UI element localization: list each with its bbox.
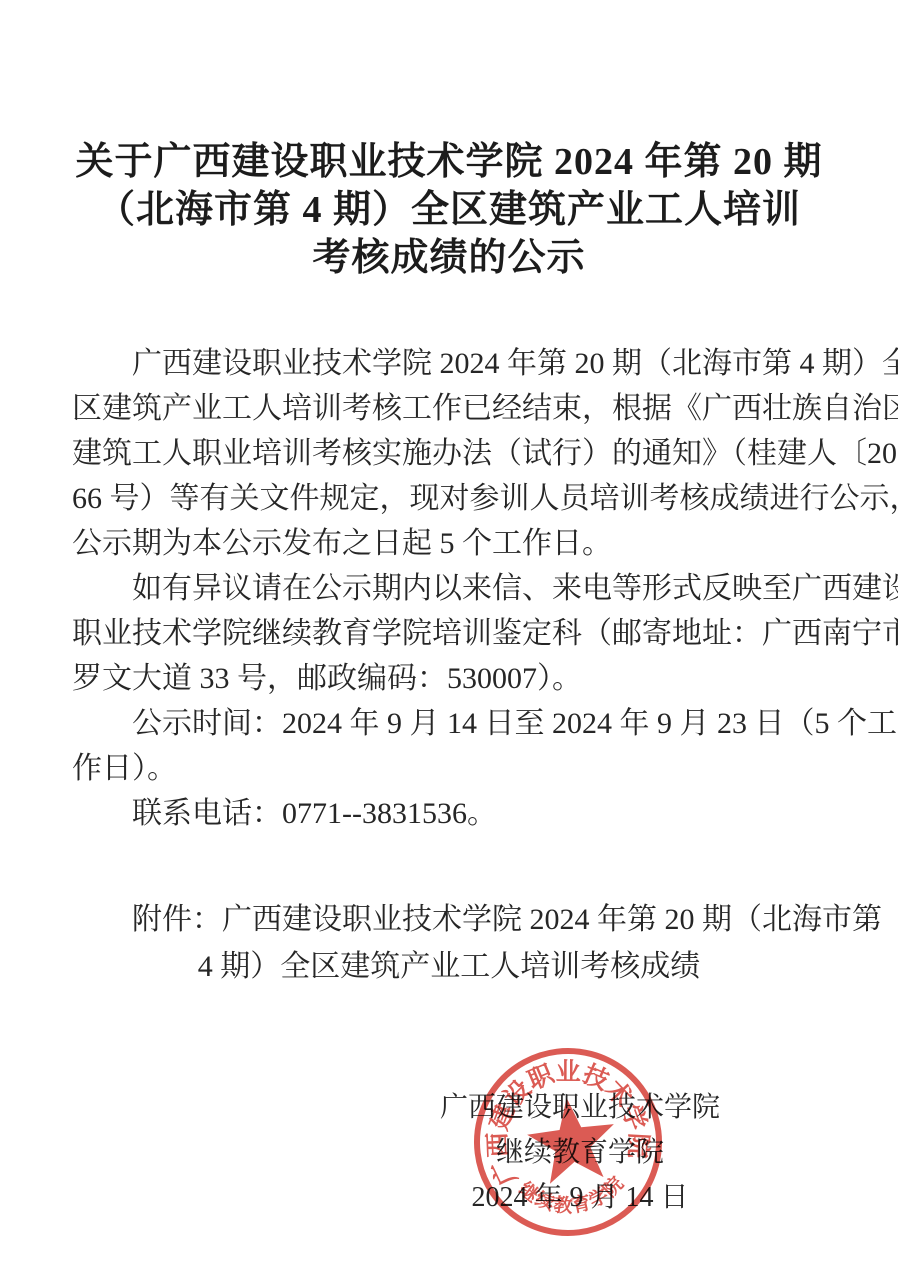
seal-inner-text-holder: 继续教育学院 [513,1166,631,1224]
title-line: 关于广西建设职业技术学院 2024 年第 20 期 [30,138,868,186]
seal-star-icon [523,1093,620,1186]
body-line: 广西建设职业技术学院 2024 年第 20 期（北海市第 4 期）全 [72,341,826,386]
body-line: 罗文大道 33 号，邮政编码：530007）。 [72,656,826,701]
title-line: 考核成绩的公示 [30,234,868,282]
body-line: 66 号）等有关文件规定，现对参训人员培训考核成绩进行公示， [72,476,826,521]
body: 广西建设职业技术学院 2024 年第 20 期（北海市第 4 期）全区建筑产业工… [72,341,826,836]
body-line: 公示期为本公示发布之日起 5 个工作日。 [72,521,826,566]
document-title: 关于广西建设职业技术学院 2024 年第 20 期 （北海市第 4 期）全区建筑… [30,138,868,282]
body-line: 如有异议请在公示期内以来信、来电等形式反映至广西建设 [72,566,826,611]
body-paragraph: 联系电话：0771--3831536。 [72,791,826,836]
body-line: 公示时间：2024 年 9 月 14 日至 2024 年 9 月 23 日（5 … [72,701,826,746]
body-line: 职业技术学院继续教育学院培训鉴定科（邮寄地址：广西南宁市 [72,611,826,656]
body-line: 联系电话：0771--3831536。 [72,791,826,836]
document-page: 关于广西建设职业技术学院 2024 年第 20 期 （北海市第 4 期）全区建筑… [0,0,898,1285]
body-paragraph: 公示时间：2024 年 9 月 14 日至 2024 年 9 月 23 日（5 … [72,701,826,791]
attachment-line: 4 期）全区建筑产业工人培训考核成绩 [72,943,826,990]
body-line: 建筑工人职业培训考核实施办法（试行）的通知》（桂建人〔2015〕 [72,431,826,476]
body-paragraph: 如有异议请在公示期内以来信、来电等形式反映至广西建设职业技术学院继续教育学院培训… [72,566,826,701]
body-line: 作日）。 [72,746,826,791]
attachment-block: 附件：广西建设职业技术学院 2024 年第 20 期（北海市第 4 期）全区建筑… [72,896,826,990]
attachment-line: 附件：广西建设职业技术学院 2024 年第 20 期（北海市第 [72,896,826,943]
body-line: 区建筑产业工人培训考核工作已经结束，根据《广西壮族自治区 [72,386,826,431]
title-line: （北海市第 4 期）全区建筑产业工人培训 [30,186,868,234]
seal-inner-text: 继续教育学院 [513,1166,631,1224]
official-seal: 广西建设职业技术学院 继续教育学院 [460,1034,676,1250]
body-paragraph: 广西建设职业技术学院 2024 年第 20 期（北海市第 4 期）全区建筑产业工… [72,341,826,566]
